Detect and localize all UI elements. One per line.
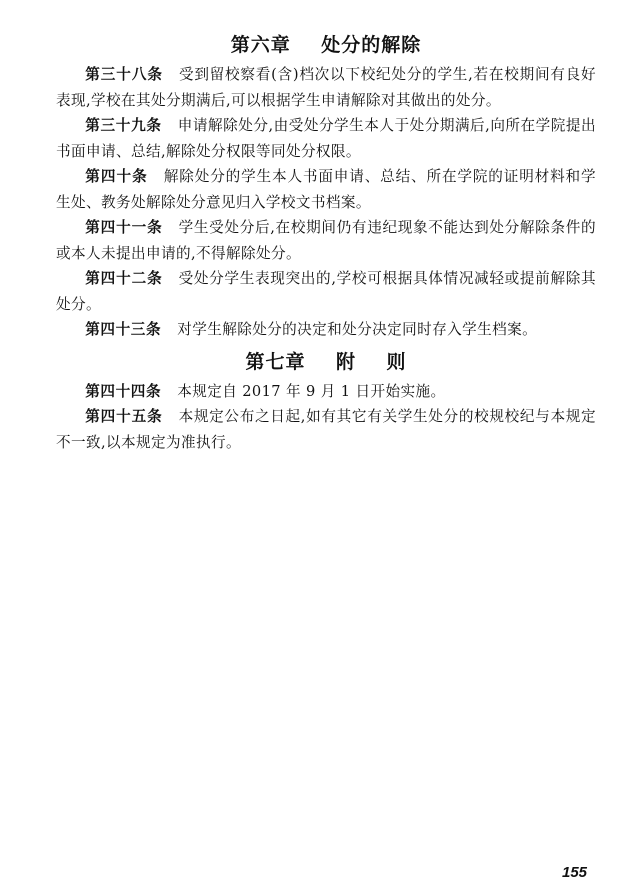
chapter-7-title: 第七章 附 则 xyxy=(56,345,596,379)
article-label: 第四十四条 xyxy=(85,383,161,400)
article-label: 第四十三条 xyxy=(85,321,161,338)
document-page: 第六章 处分的解除 第三十八条受到留校察看(含)档次以下校纪处分的学生,若在校期… xyxy=(56,28,596,455)
article-label: 第四十条 xyxy=(85,168,148,185)
article-45: 第四十五条本规定公布之日起,如有其它有关学生处分的校规校纪与本规定不一致,以本规… xyxy=(56,404,596,455)
article-text: 对学生解除处分的决定和处分决定同时存入学生档案。 xyxy=(177,321,537,338)
chapter-6-title: 第六章 处分的解除 xyxy=(56,28,596,62)
article-44: 第四十四条本规定自 2017 年 9 月 1 日开始实施。 xyxy=(56,379,596,405)
article-label: 第四十五条 xyxy=(85,408,162,425)
article-41: 第四十一条学生受处分后,在校期间仍有违纪现象不能达到处分解除条件的或本人未提出申… xyxy=(56,215,596,266)
article-label: 第三十九条 xyxy=(85,117,162,134)
article-38: 第三十八条受到留校察看(含)档次以下校纪处分的学生,若在校期间有良好表现,学校在… xyxy=(56,62,596,113)
article-text: 本规定自 2017 年 9 月 1 日开始实施。 xyxy=(177,383,445,400)
article-42: 第四十二条受处分学生表现突出的,学校可根据具体情况减轻或提前解除其处分。 xyxy=(56,266,596,317)
article-label: 第四十二条 xyxy=(85,270,162,287)
article-39: 第三十九条申请解除处分,由受处分学生本人于处分期满后,向所在学院提出书面申请、总… xyxy=(56,113,596,164)
article-label: 第三十八条 xyxy=(85,66,163,83)
page-number: 155 xyxy=(562,864,587,881)
article-40: 第四十条解除处分的学生本人书面申请、总结、所在学院的证明材料和学生处、教务处解除… xyxy=(56,164,596,215)
article-label: 第四十一条 xyxy=(85,219,162,236)
article-43: 第四十三条对学生解除处分的决定和处分决定同时存入学生档案。 xyxy=(56,317,596,343)
